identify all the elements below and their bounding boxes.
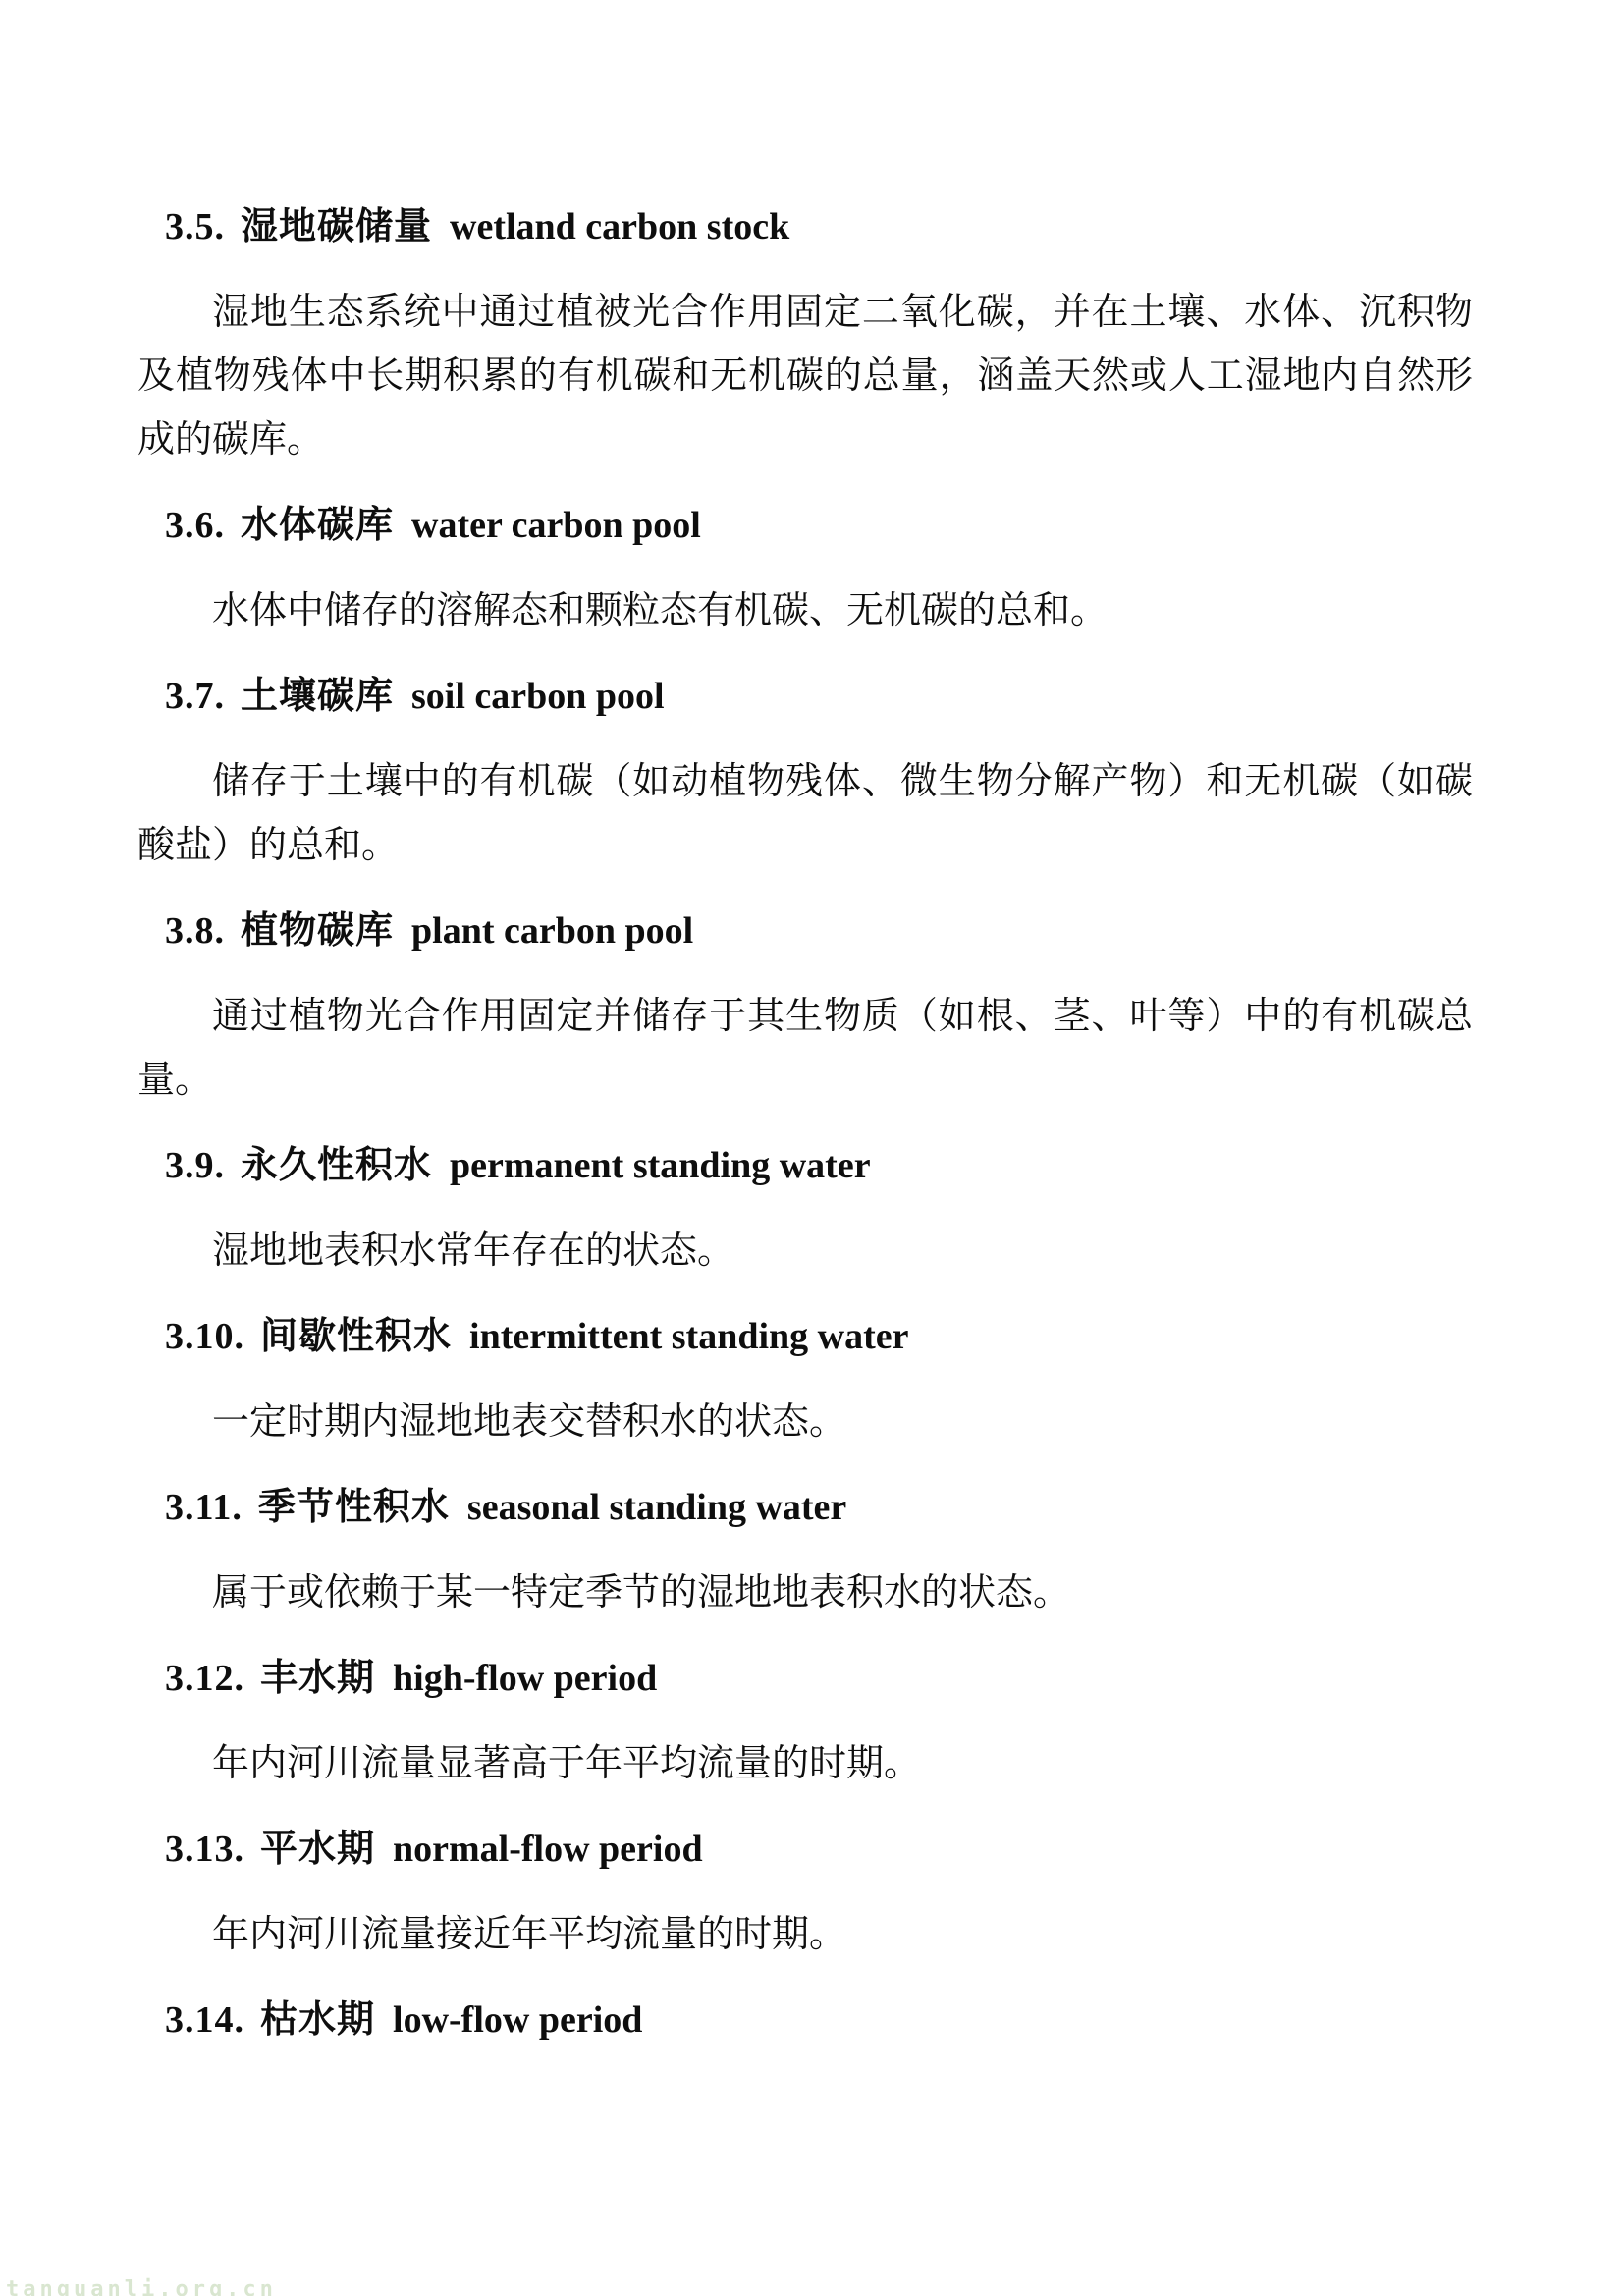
term-name-chinese: 永久性积水	[241, 1145, 432, 1186]
term-section: 3.10.间歇性积水intermittent standing water 一定…	[137, 1305, 1473, 1454]
term-definition: 年内河川流量显著高于年平均流量的时期。	[137, 1732, 1473, 1796]
term-number: 3.9.	[165, 1145, 225, 1186]
term-heading: 3.10.间歇性积水intermittent standing water	[165, 1305, 1473, 1369]
term-section: 3.12.丰水期high-flow period 年内河川流量显著高于年平均流量…	[137, 1647, 1473, 1796]
term-name-english: normal-flow period	[393, 1829, 703, 1870]
term-name-english: plant carbon pool	[411, 910, 693, 952]
term-name-english: water carbon pool	[411, 505, 701, 546]
watermark: tanguanli.org.cn	[6, 2277, 277, 2296]
term-definition: 属于或依赖于某一特定季节的湿地地表积水的状态。	[137, 1561, 1473, 1625]
term-section: 3.9.永久性积水permanent standing water 湿地地表积水…	[137, 1134, 1473, 1284]
term-section: 3.5.湿地碳储量wetland carbon stock 湿地生态系统中通过植…	[137, 195, 1473, 472]
term-name-chinese: 丰水期	[260, 1658, 375, 1699]
term-heading: 3.6.水体碳库water carbon pool	[165, 494, 1473, 558]
term-heading: 3.5.湿地碳储量wetland carbon stock	[165, 195, 1473, 259]
term-heading: 3.11.季节性积水seasonal standing water	[165, 1476, 1473, 1540]
term-section: 3.14.枯水期low-flow period	[137, 1989, 1473, 2052]
term-definition: 湿地生态系统中通过植被光合作用固定二氧化碳，并在土壤、水体、沉积物及植物残体中长…	[137, 281, 1473, 472]
term-name-english: wetland carbon stock	[450, 206, 789, 247]
term-name-chinese: 平水期	[260, 1829, 375, 1870]
document-page: 3.5.湿地碳储量wetland carbon stock 湿地生态系统中通过植…	[0, 0, 1623, 2296]
term-definition: 储存于土壤中的有机碳（如动植物残体、微生物分解产物）和无机碳（如碳酸盐）的总和。	[137, 750, 1473, 878]
term-name-english: seasonal standing water	[467, 1487, 846, 1528]
term-name-chinese: 间歇性积水	[260, 1316, 452, 1357]
term-definition: 通过植物光合作用固定并储存于其生物质（如根、茎、叶等）中的有机碳总量。	[137, 985, 1473, 1113]
term-name-english: soil carbon pool	[411, 676, 665, 717]
term-name-english: intermittent standing water	[469, 1316, 908, 1357]
term-section: 3.13.平水期normal-flow period 年内河川流量接近年平均流量…	[137, 1818, 1473, 1967]
term-section: 3.7.土壤碳库soil carbon pool 储存于土壤中的有机碳（如动植物…	[137, 665, 1473, 878]
term-number: 3.14.	[165, 1999, 244, 2041]
term-number: 3.12.	[165, 1658, 244, 1699]
term-name-chinese: 植物碳库	[241, 910, 394, 952]
term-definition: 一定时期内湿地地表交替积水的状态。	[137, 1391, 1473, 1454]
terminology-sections: 3.5.湿地碳储量wetland carbon stock 湿地生态系统中通过植…	[0, 0, 1623, 2052]
term-name-english: permanent standing water	[450, 1145, 871, 1186]
term-number: 3.5.	[165, 206, 225, 247]
term-name-english: low-flow period	[393, 1999, 642, 2041]
term-heading: 3.14.枯水期low-flow period	[165, 1989, 1473, 2052]
term-heading: 3.9.永久性积水permanent standing water	[165, 1134, 1473, 1198]
term-definition: 年内河川流量接近年平均流量的时期。	[137, 1903, 1473, 1967]
term-name-chinese: 枯水期	[260, 1999, 375, 2041]
term-name-chinese: 土壤碳库	[241, 676, 394, 717]
term-number: 3.6.	[165, 505, 225, 546]
term-number: 3.10.	[165, 1316, 244, 1357]
term-number: 3.7.	[165, 676, 225, 717]
term-section: 3.11.季节性积水seasonal standing water 属于或依赖于…	[137, 1476, 1473, 1625]
term-name-chinese: 季节性积水	[258, 1487, 450, 1528]
term-heading: 3.13.平水期normal-flow period	[165, 1818, 1473, 1882]
term-number: 3.13.	[165, 1829, 244, 1870]
term-section: 3.8.植物碳库plant carbon pool 通过植物光合作用固定并储存于…	[137, 900, 1473, 1113]
term-section: 3.6.水体碳库water carbon pool 水体中储存的溶解态和颗粒态有…	[137, 494, 1473, 643]
term-heading: 3.7.土壤碳库soil carbon pool	[165, 665, 1473, 729]
term-heading: 3.8.植物碳库plant carbon pool	[165, 900, 1473, 963]
term-number: 3.8.	[165, 910, 225, 952]
term-definition: 湿地地表积水常年存在的状态。	[137, 1220, 1473, 1284]
term-name-chinese: 水体碳库	[241, 505, 394, 546]
term-definition: 水体中储存的溶解态和颗粒态有机碳、无机碳的总和。	[137, 579, 1473, 643]
term-name-english: high-flow period	[393, 1658, 657, 1699]
term-number: 3.11.	[165, 1487, 243, 1528]
term-heading: 3.12.丰水期high-flow period	[165, 1647, 1473, 1711]
term-name-chinese: 湿地碳储量	[241, 206, 432, 247]
